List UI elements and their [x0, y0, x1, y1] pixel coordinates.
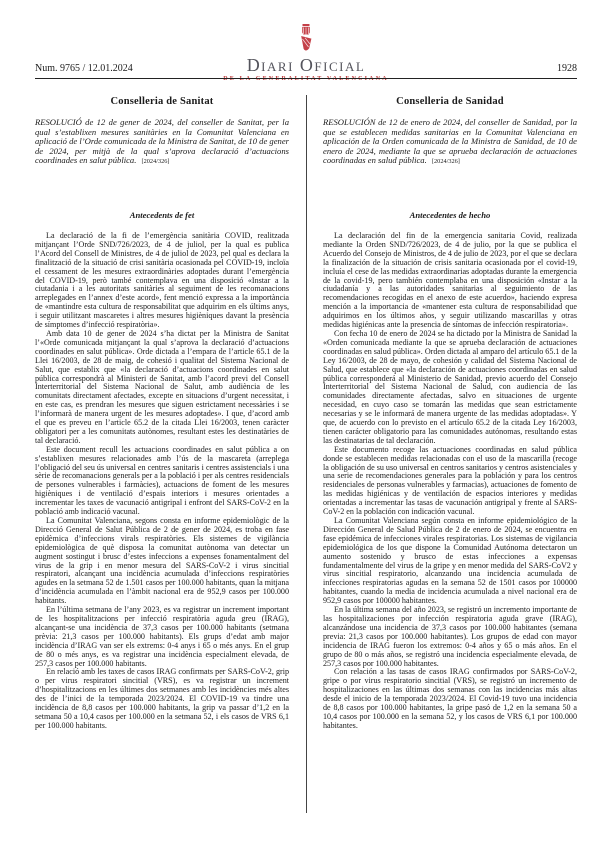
- gazette-page: Diari Oficial DE LA GENERALITAT VALENCIA…: [0, 0, 612, 858]
- resolution-summary-spanish: RESOLUCIÓN de 12 de enero de 2024, del c…: [323, 118, 577, 167]
- masthead-subtitle: DE LA GENERALITAT VALENCIANA: [0, 76, 612, 82]
- resolution-reference: [2024/326]: [142, 158, 170, 165]
- column-valencian: Conselleria de Sanitat RESOLUCIÓ de 12 d…: [35, 96, 289, 731]
- paragraph: La declaració de la fi de l’emergència s…: [35, 232, 289, 330]
- paragraph: Amb data 10 de gener de 2024 s’ha dictat…: [35, 330, 289, 446]
- generalitat-coat-of-arms-icon: [298, 24, 314, 54]
- page-number: 1928: [557, 63, 577, 74]
- paragraph: Con fecha 10 de enero de 2024 se ha dict…: [323, 330, 577, 446]
- section-heading-spanish: Antecedentes de hecho: [323, 211, 577, 220]
- paragraph: Con relación a las tasas de casos IRAG c…: [323, 668, 577, 730]
- column-spanish: Conselleria de Sanidad RESOLUCIÓN de 12 …: [323, 96, 577, 731]
- issue-number: Num. 9765 / 12.01.2024: [35, 63, 133, 74]
- paragraph: La Comunitat Valenciana, segons consta e…: [35, 517, 289, 606]
- resolution-reference: [2024/326]: [432, 158, 460, 165]
- columns: Conselleria de Sanitat RESOLUCIÓ de 12 d…: [35, 96, 577, 731]
- paragraph: La Comunitat Valenciana según consta en …: [323, 517, 577, 606]
- paragraph: Este documento recoge las actuaciones co…: [323, 446, 577, 517]
- section-heading-valencian: Antecedents de fet: [35, 211, 289, 220]
- header-rule: [35, 78, 577, 79]
- paragraph: La declaración del fin de la emergencia …: [323, 232, 577, 330]
- resolution-summary-valencian: RESOLUCIÓ de 12 de gener de 2024, del co…: [35, 118, 289, 167]
- paragraph: En l’última setmana de l’any 2023, es va…: [35, 606, 289, 668]
- department-title-valencian: Conselleria de Sanitat: [35, 96, 289, 108]
- paragraph: En relació amb les taxes de casos IRAG c…: [35, 668, 289, 730]
- paragraph: Este document recull les actuacions coor…: [35, 446, 289, 517]
- paragraph: En la última semana del año 2023, se reg…: [323, 606, 577, 668]
- department-title-spanish: Conselleria de Sanidad: [323, 96, 577, 108]
